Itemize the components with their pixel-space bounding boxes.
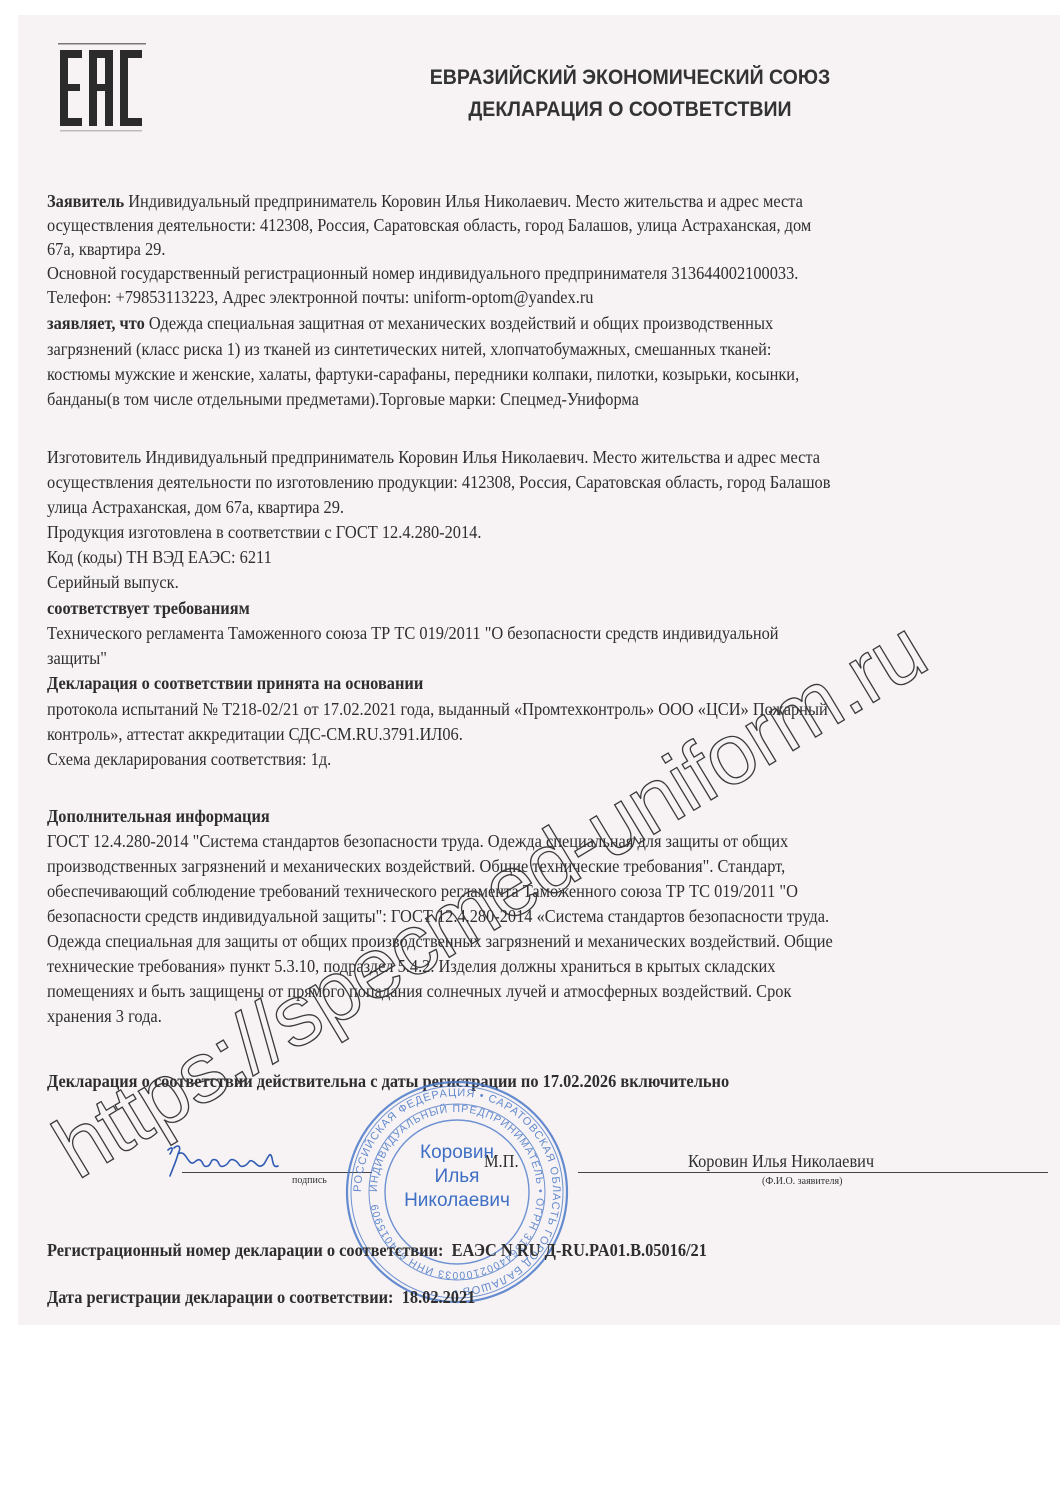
stamp-surname: Коровин (420, 1142, 494, 1163)
manufacturer-tn-ved: Код (коды) ТН ВЭД ЕАЭС: 6211 (47, 546, 272, 570)
document-title: ДЕКЛАРАЦИЯ О СООТВЕТСТВИИ (351, 94, 909, 126)
name-caption: (Ф.И.О. заявителя) (762, 1176, 842, 1187)
manufacturer-line-1: Изготовитель Индивидуальный предпринимат… (47, 446, 820, 470)
basis-scheme: Схема декларирования соответствия: 1д. (47, 748, 331, 772)
basis-protocol: протокола испытаний № Т218-02/21 от 17.0… (47, 698, 828, 722)
manufacturer-line-2: осуществления деятельности по изготовлен… (47, 471, 830, 495)
name-line (578, 1172, 1048, 1173)
conformity-line-2: защиты" (47, 647, 107, 671)
signature-caption: подпись (292, 1175, 327, 1186)
applicant-line-1: Заявитель Индивидуальный предприниматель… (47, 190, 803, 214)
registration-date-value: 18.02.2021 (402, 1287, 476, 1307)
conformity-line-1: Технического регламента Таможенного союз… (47, 622, 779, 646)
applicant-contacts: Телефон: +79853113223, Адрес электронной… (47, 286, 593, 310)
official-stamp-icon: РОССИЙСКАЯ ФЕДЕРАЦИЯ • САРАТОВСКАЯ ОБЛАС… (343, 1078, 571, 1306)
applicant-label: Заявитель (47, 191, 124, 211)
handwritten-signature-icon (160, 1140, 320, 1180)
additional-label: Дополнительная информация (47, 805, 270, 829)
registration-date-label: Дата регистрации декларации о соответств… (47, 1287, 394, 1307)
stamp-first-name: Илья (435, 1166, 480, 1187)
applicant-line-2: осуществления деятельности: 412308, Росс… (47, 214, 811, 238)
additional-line-8: хранения 3 года. (47, 1005, 162, 1029)
stamp-patronymic: Николаевич (404, 1190, 510, 1211)
declares-label: заявляет, что (47, 313, 145, 333)
conformity-label: соответствует требованиям (47, 597, 250, 621)
basis-accreditation: контроль», аттестат аккредитации СДС-СМ.… (47, 723, 463, 747)
additional-line-5: Одежда специальная для защиты от общих п… (47, 930, 833, 954)
additional-line-2: производственных загрязнений и механичес… (47, 855, 785, 879)
manufacturer-line-3: улица Астраханская, дом 67а, квартира 29… (47, 496, 344, 520)
manufacturer-serial: Серийный выпуск. (47, 571, 179, 595)
applicant-full-name: Коровин Илья Николаевич (688, 1150, 874, 1174)
declares-line-2: загрязнений (класс риска 1) из тканей из… (47, 338, 771, 362)
basis-label: Декларация о соответствии принята на осн… (47, 672, 423, 696)
union-title: ЕВРАЗИЙСКИЙ ЭКОНОМИЧЕСКИЙ СОЮЗ (351, 62, 909, 94)
declares-line-3: костюмы мужские и женские, халаты, фарту… (47, 363, 799, 387)
declares-line-4: банданы(в том числе отдельными предметам… (47, 388, 639, 412)
document-header: ЕВРАЗИЙСКИЙ ЭКОНОМИЧЕСКИЙ СОЮЗ ДЕКЛАРАЦИ… (351, 62, 909, 126)
manufacturer-gost: Продукция изготовлена в соответствии с Г… (47, 521, 481, 545)
additional-line-4: безопасности средств индивидуальной защи… (47, 905, 829, 929)
registration-date-row: Дата регистрации декларации о соответств… (47, 1286, 475, 1310)
additional-line-7: помещениях и быть защищены от прямого по… (47, 980, 791, 1004)
registration-number-row: Регистрационный номер декларации о соотв… (47, 1239, 707, 1263)
applicant-ogrnip: Основной государственный регистрационный… (47, 262, 798, 286)
declares-line-1: заявляет, что Одежда специальная защитна… (47, 312, 773, 336)
applicant-line-3: 67а, квартира 29. (47, 238, 165, 262)
additional-line-6: технические требования» пункт 5.3.10, по… (47, 955, 776, 979)
additional-line-3: обеспечивающий соблюдение требований тех… (47, 880, 798, 904)
additional-line-1: ГОСТ 12.4.280-2014 "Система стандартов б… (47, 830, 788, 854)
eac-logo-icon (56, 42, 148, 134)
registration-number-value: ЕАЭС N RU Д-RU.PA01.B.05016/21 (452, 1240, 707, 1260)
registration-number-label: Регистрационный номер декларации о соотв… (47, 1240, 443, 1260)
